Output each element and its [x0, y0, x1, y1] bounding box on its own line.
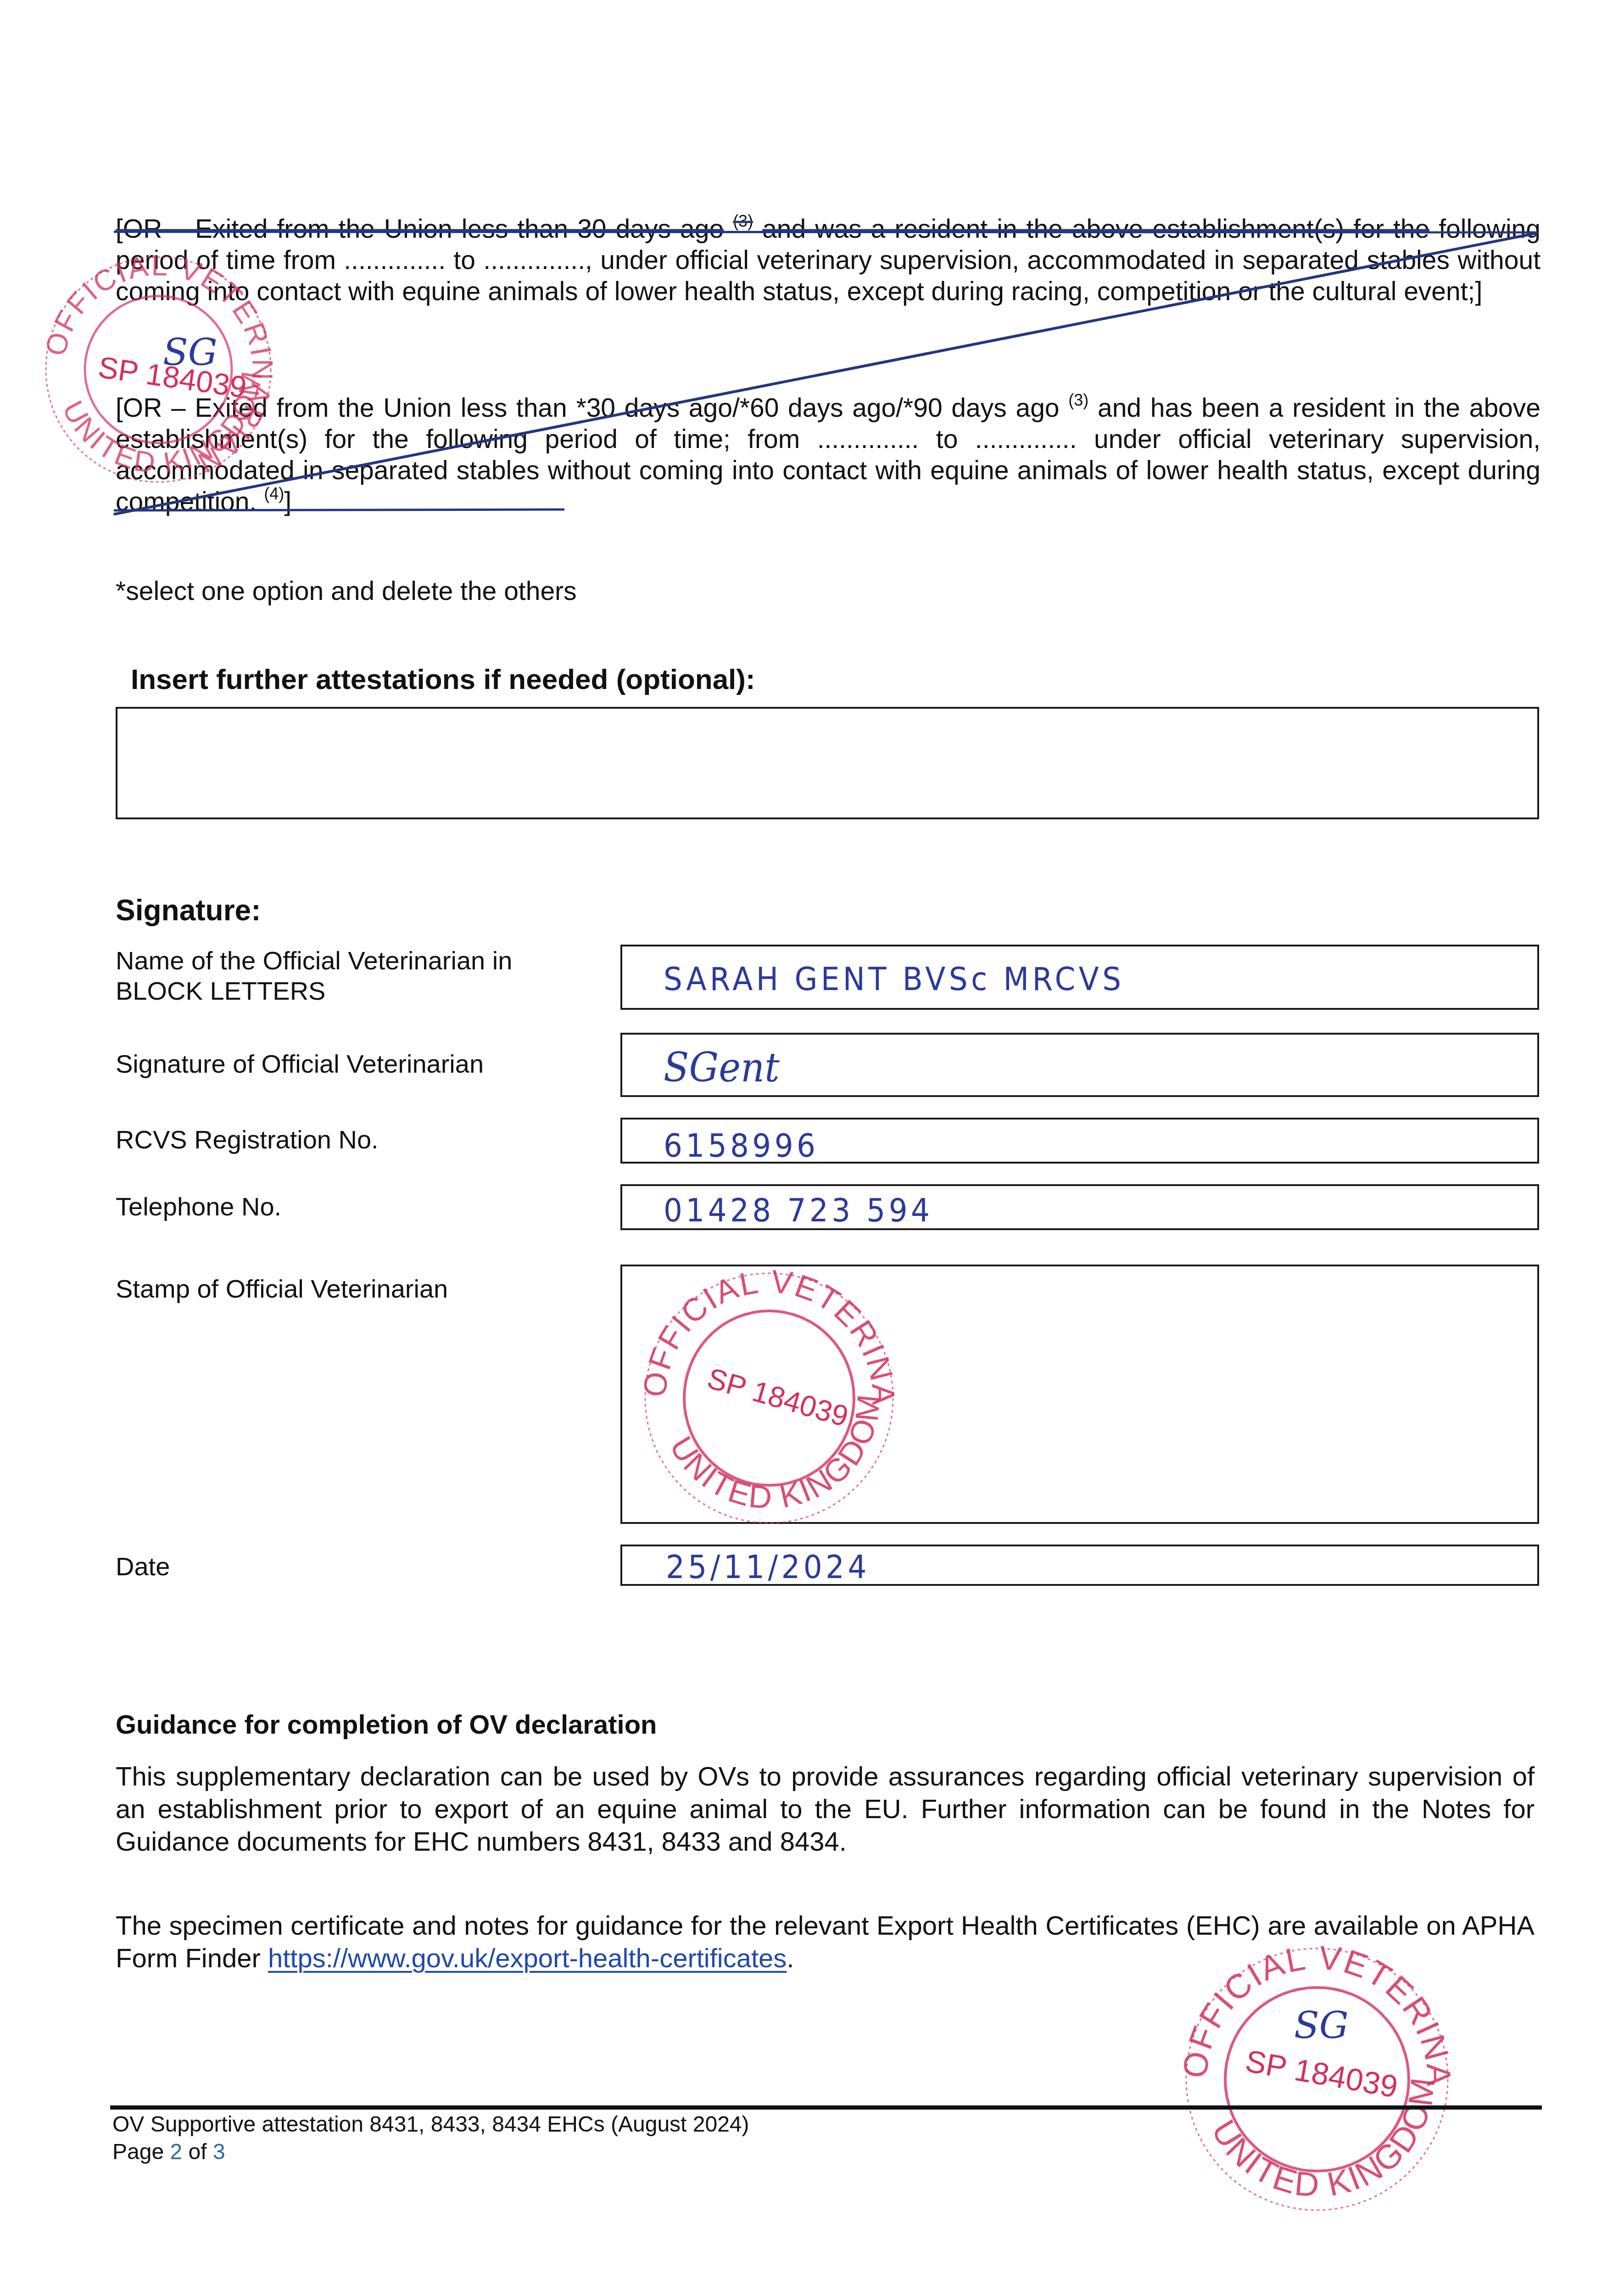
vet-name-field[interactable]: SARAH GENT BVSc MRCVS	[620, 945, 1539, 1010]
footer-title: OV Supportive attestation 8431, 8433, 84…	[112, 2111, 749, 2138]
guidance-paragraph-1: This supplementary declaration can be us…	[116, 1760, 1535, 1858]
telephone-value: 01428 723 594	[664, 1192, 933, 1229]
signature-heading: Signature:	[116, 895, 261, 925]
page-total: 3	[213, 2140, 225, 2164]
rcvs-registration-value: 6158996	[664, 1127, 819, 1164]
further-attestations-textbox[interactable]	[116, 707, 1539, 819]
page-indicator: Page 2 of 3	[112, 2139, 225, 2166]
date-field[interactable]: 25/11/2024	[620, 1545, 1539, 1586]
guidance-heading: Guidance for completion of OV declaratio…	[116, 1710, 657, 1740]
vet-name-value: SARAH GENT BVSc MRCVS	[664, 960, 1124, 998]
date-value: 25/11/2024	[666, 1548, 870, 1586]
date-label: Date	[116, 1551, 170, 1582]
telephone-field[interactable]: 01428 723 594	[620, 1184, 1539, 1230]
footer-divider	[110, 2105, 1542, 2110]
svg-text:SG: SG	[163, 331, 218, 374]
further-attestations-heading: Insert further attestations if needed (o…	[131, 665, 755, 695]
stamp-field[interactable]: OFFICIAL VETERINARIAN UNITED KINGDOM SP …	[620, 1265, 1539, 1524]
select-option-note: *select one option and delete the others	[116, 576, 577, 606]
stamp-label: Stamp of Official Veterinarian	[116, 1274, 448, 1304]
vet-signature-label: Signature of Official Veterinarian	[116, 1049, 484, 1079]
svg-text:SP 184039: SP 184039	[1243, 2043, 1400, 2105]
vet-name-label: Name of the Official Veterinarian in BLO…	[116, 946, 512, 1006]
export-health-certificates-link[interactable]: https://www.gov.uk/export-health-certifi…	[268, 1943, 787, 1973]
vet-signature-field[interactable]: SGent	[620, 1033, 1539, 1097]
rcvs-registration-label: RCVS Registration No.	[116, 1125, 379, 1155]
vet-signature-value: SGent	[664, 1044, 780, 1091]
official-vet-stamp-top: OFFICIAL VETERINARIAN UNITED KINGDOM SP …	[39, 250, 278, 489]
rcvs-registration-field[interactable]: 6158996	[620, 1118, 1539, 1164]
official-vet-stamp: OFFICIAL VETERINARIAN UNITED KINGDOM SP …	[636, 1267, 902, 1529]
official-vet-stamp-footer: OFFICIAL VETERINARIAN UNITED KINGDOM SP …	[1179, 1946, 1455, 2222]
page-current: 2	[170, 2140, 182, 2164]
svg-text:SG: SG	[1294, 2004, 1349, 2047]
svg-text:SP 184039: SP 184039	[703, 1361, 852, 1433]
telephone-label: Telephone No.	[116, 1192, 281, 1222]
